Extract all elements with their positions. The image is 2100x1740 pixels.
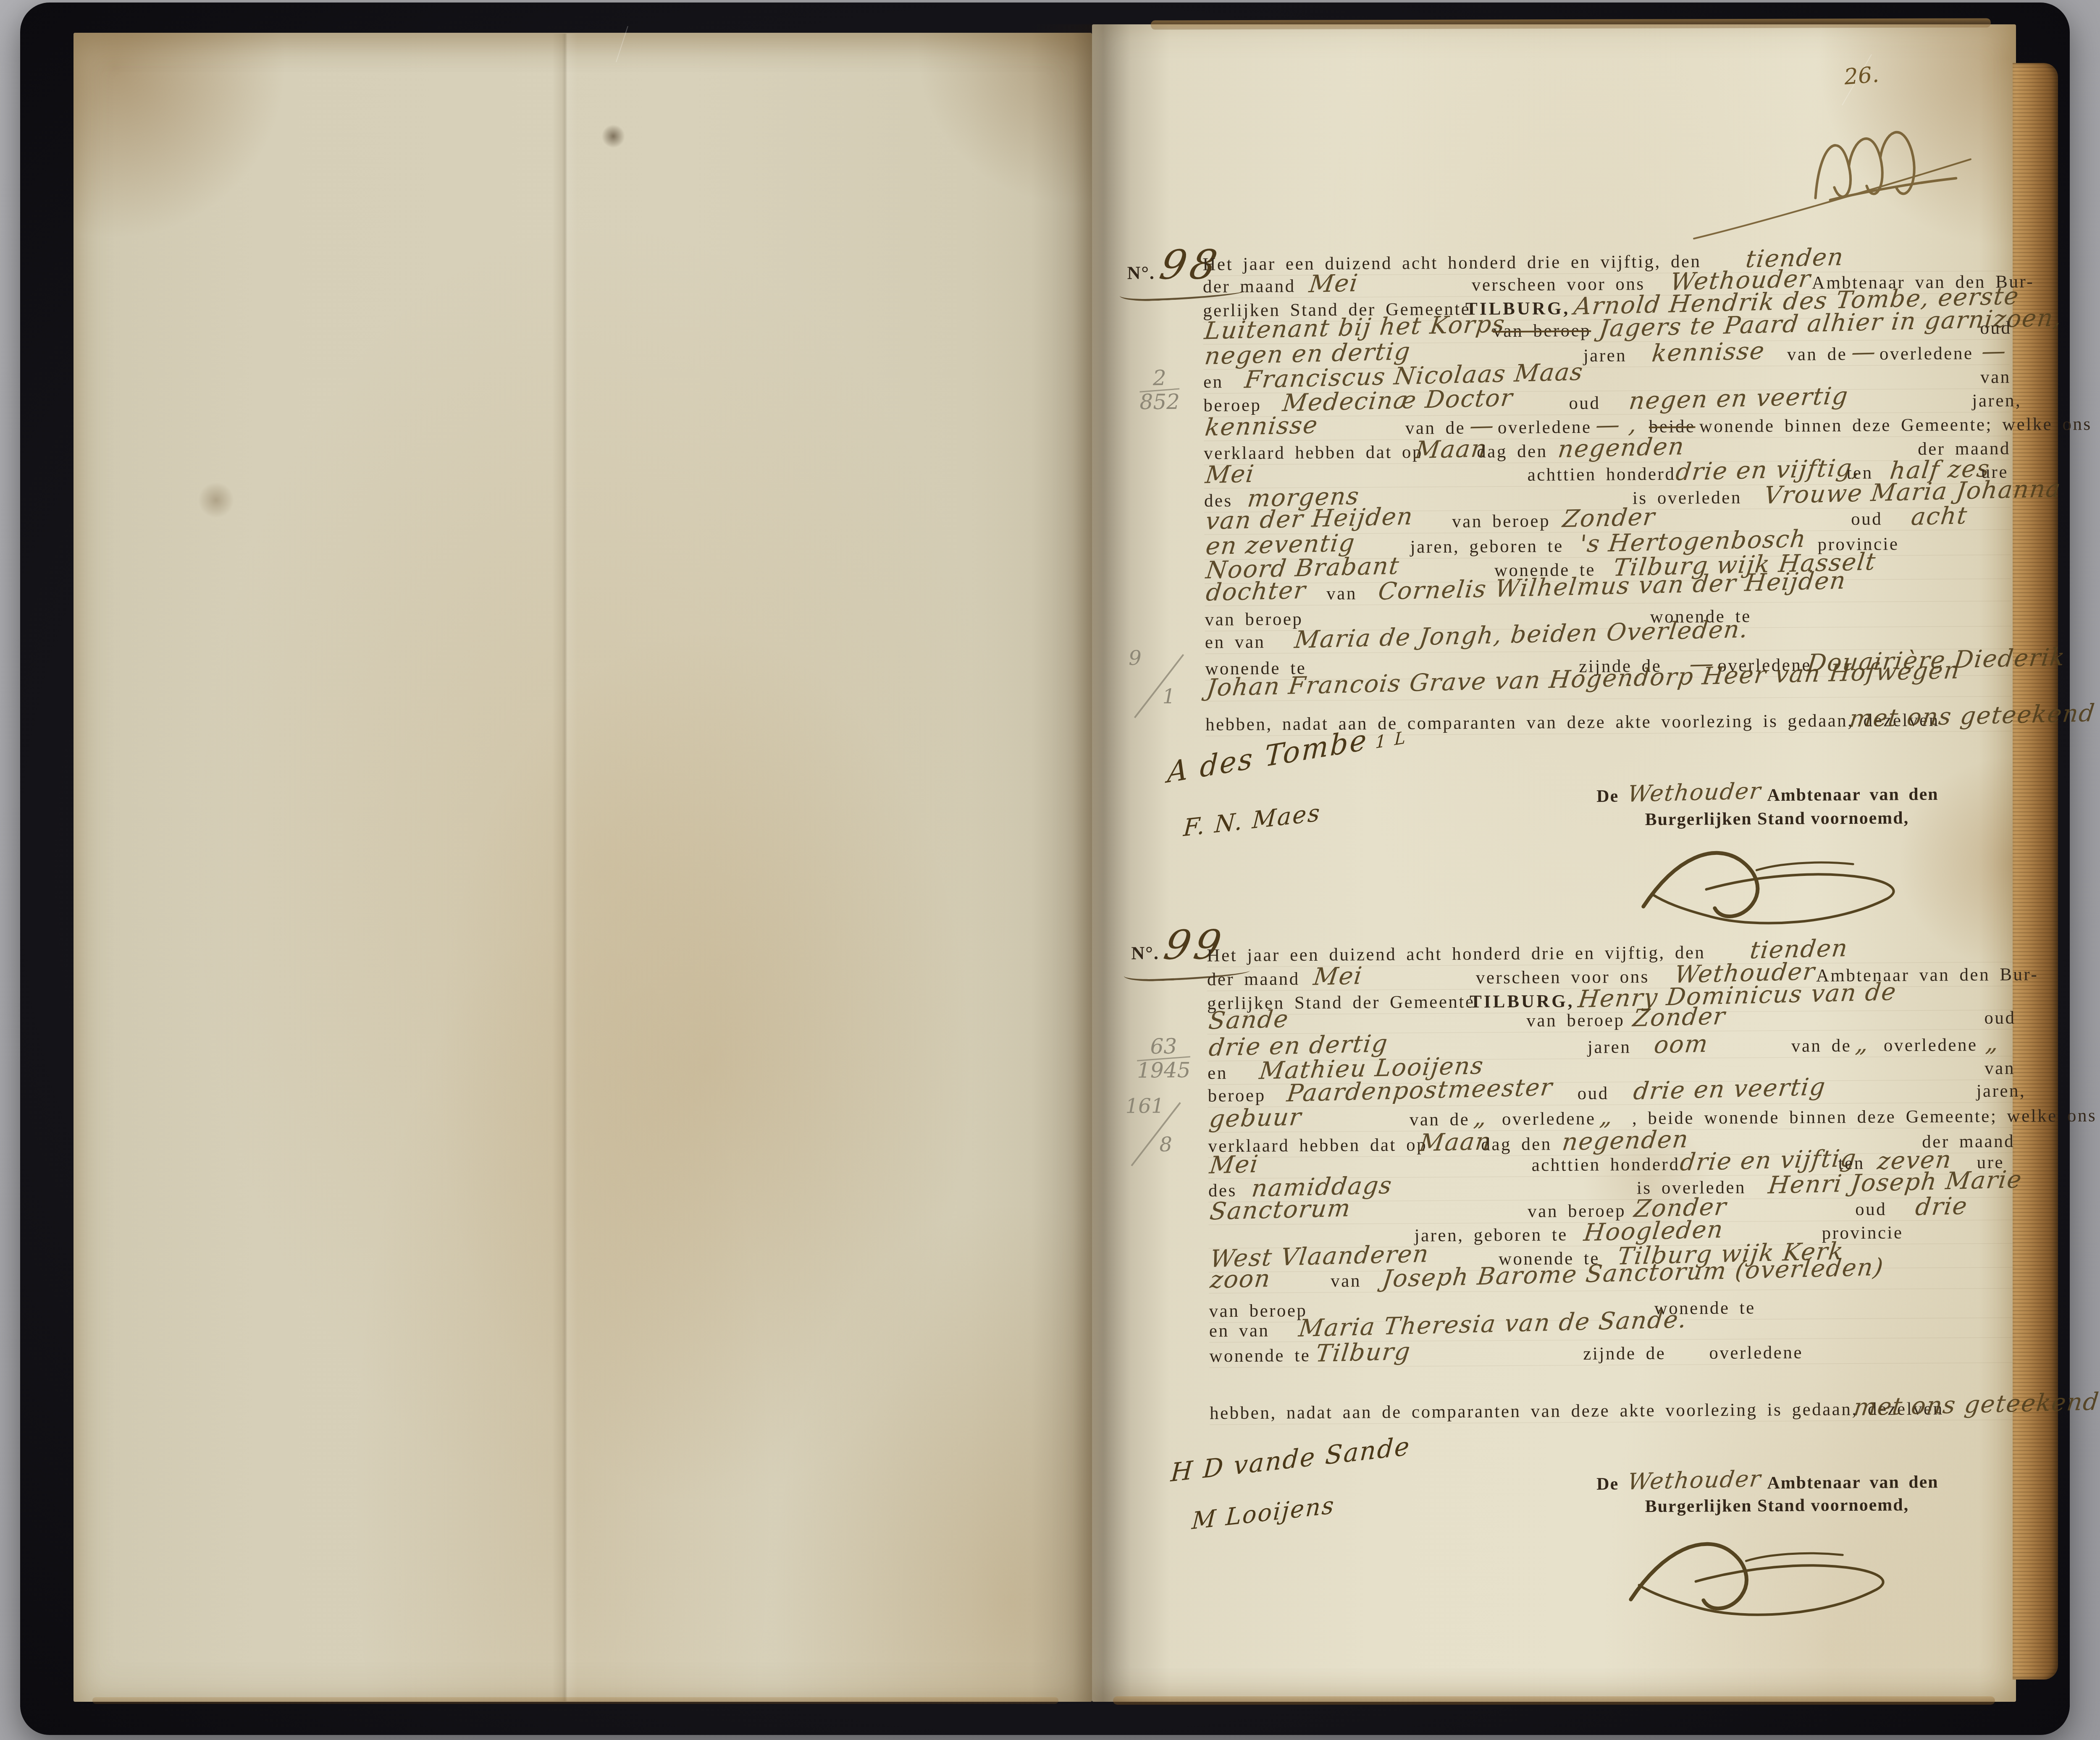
margin-pencil-fraction: 2852 bbox=[1139, 368, 1180, 412]
printed-form-text: jaren, geboren te bbox=[1414, 1224, 1568, 1246]
handwritten-entry: Sanctorum bbox=[1208, 1196, 1352, 1224]
printed-form-text: achttien honderd bbox=[1531, 1154, 1680, 1176]
left-blank-page bbox=[73, 33, 1092, 1702]
record-number-label: N°. bbox=[1127, 262, 1155, 283]
handwritten-entry: kennisse bbox=[1651, 339, 1766, 366]
signature-comparant2-r99: M Looijens bbox=[1191, 1491, 1336, 1535]
printed-form-text-struck: van beroep bbox=[1493, 320, 1591, 341]
printed-form-text: van bbox=[1980, 367, 2011, 388]
handwritten-entry: — bbox=[1980, 339, 2008, 364]
printed-form-text: overledene bbox=[1879, 343, 1974, 364]
fraction-numerator: 2 bbox=[1153, 366, 1166, 390]
fraction-denominator: 852 bbox=[1139, 389, 1180, 414]
printed-form-text: jaren, bbox=[1976, 1080, 2026, 1101]
page-fold-crease bbox=[552, 34, 577, 1701]
handwritten-entry: oom bbox=[1653, 1032, 1710, 1057]
printed-form-text: beroep bbox=[1207, 1085, 1265, 1106]
handwritten-entry: dochter bbox=[1205, 579, 1307, 605]
printed-form-text: oud bbox=[1577, 1083, 1609, 1104]
record-98-line-19: Johan Francois Grave van Hogendorp Heer … bbox=[1205, 672, 2011, 702]
printed-form-text: van beroep bbox=[1452, 511, 1550, 532]
fraction-numerator: 9 bbox=[1129, 646, 1142, 670]
printed-form-text: oud bbox=[1851, 509, 1882, 529]
handwritten-entry: van der Heijden bbox=[1204, 505, 1415, 534]
handwritten-entry: Zonder bbox=[1561, 505, 1656, 531]
signature-comparant1-r99: H D vande Sande bbox=[1170, 1431, 1411, 1488]
signature-comparant2-r98: F. N. Maes bbox=[1182, 799, 1322, 842]
record-99-line-4: Sandevan beroepZonderoud bbox=[1207, 1005, 2013, 1035]
printed-form-text: oud bbox=[1980, 318, 2011, 338]
officiant-signature-scrawl-r99 bbox=[1601, 1518, 1921, 1638]
printed-form-text: wonende binnen deze Gemeente; welke ons bbox=[1699, 414, 2092, 437]
handwritten-entry: zoon bbox=[1209, 1267, 1272, 1292]
printed-form-text: oud bbox=[1855, 1199, 1887, 1220]
margin-pencil-fraction: 91 bbox=[1126, 646, 1189, 726]
printed-form-text: overledene bbox=[1884, 1035, 1978, 1056]
handwritten-entry: gebuur bbox=[1208, 1105, 1303, 1131]
printed-form-text: hebben, nadat aan de comparanten van dez… bbox=[1210, 1399, 1944, 1424]
printed-form-text: overledene bbox=[1502, 1108, 1596, 1129]
fraction-numerator: 63 bbox=[1150, 1034, 1177, 1059]
printed-form-text: van de bbox=[1787, 344, 1848, 365]
printed-form-text: , beide wonende binnen deze Gemeente; we… bbox=[1632, 1105, 2097, 1129]
monogram-scribble bbox=[1790, 92, 1992, 244]
fraction-slash bbox=[1134, 654, 1184, 718]
caption-ambtenaar: Ambtenaar van den bbox=[1767, 1473, 1939, 1493]
register-page-content: 26. N°.98285291Het jaar een duizend acht… bbox=[1092, 21, 2026, 1703]
printed-form-text: van de bbox=[1410, 1109, 1470, 1130]
printed-form-text: en bbox=[1207, 1063, 1228, 1083]
left-page-bottom-edge bbox=[92, 1697, 1058, 1704]
signature-suffix: 1 L bbox=[1375, 728, 1408, 752]
printed-form-text: hebben, nadat aan de comparanten van dez… bbox=[1205, 710, 1940, 735]
officiant-caption-r99: De Wethouder Ambtenaar van den bbox=[1596, 1469, 1939, 1494]
printed-form-text: wonende te bbox=[1209, 1345, 1310, 1366]
handwritten-entry: met ons geteekend bbox=[1848, 701, 2096, 731]
handwritten-entry: negenden bbox=[1557, 435, 1686, 461]
printed-form-text: dag den bbox=[1481, 1134, 1552, 1155]
officiant-signature-scrawl-r98 bbox=[1618, 829, 1929, 941]
handwritten-entry: acht bbox=[1910, 504, 1969, 529]
officiant-caption2-r99: Burgerlijken Stand voornoemd, bbox=[1645, 1495, 1909, 1517]
page-number: 26. bbox=[1843, 62, 1880, 90]
handwritten-entry: „ bbox=[1984, 1031, 2000, 1055]
printed-form-text: jaren bbox=[1583, 345, 1627, 366]
printed-form-text: jaren, bbox=[1972, 390, 2021, 411]
caption-wethouder-handwritten: Wethouder bbox=[1626, 780, 1762, 806]
printed-form-text: van bbox=[1331, 1271, 1361, 1291]
printed-form-text: en van bbox=[1205, 632, 1265, 653]
handwritten-entry: Paardenpostmeester bbox=[1286, 1075, 1554, 1106]
handwritten-entry: Zonder bbox=[1632, 1004, 1727, 1030]
printed-form-text: van bbox=[1326, 583, 1357, 604]
fraction-denominator: 1 bbox=[1163, 685, 1176, 708]
fraction-denominator: 1945 bbox=[1137, 1058, 1191, 1082]
record-99-line-17: en vanMaria Theresia van de Sande. bbox=[1209, 1313, 2016, 1343]
printed-form-text: van beroep bbox=[1526, 1010, 1625, 1031]
handwritten-entry: „ bbox=[1473, 1106, 1488, 1130]
record-98-line-15: dochtervanCornelis Wilhelmus van der Hei… bbox=[1205, 577, 2011, 606]
handwritten-entry: drie bbox=[1914, 1194, 1969, 1219]
printed-form-text: en bbox=[1203, 372, 1223, 392]
officiant-caption2-r98: Burgerlijken Stand voornoemd, bbox=[1645, 808, 1909, 830]
caption-de: De bbox=[1596, 1474, 1619, 1494]
handwritten-entry: Mei bbox=[1204, 462, 1256, 487]
handwritten-entry: drie en veertig bbox=[1632, 1075, 1827, 1103]
officiant-caption-r98: De Wethouder Ambtenaar van den bbox=[1596, 781, 1939, 807]
handwritten-entry: „ bbox=[1599, 1105, 1614, 1129]
handwritten-entry: Sande bbox=[1207, 1007, 1290, 1033]
record-99-line-19: hebben, nadat aan de comparanten van dez… bbox=[1210, 1396, 2016, 1425]
handwritten-entry: — bbox=[1850, 340, 1878, 364]
margin-pencil-fraction: 1618 bbox=[1123, 1094, 1186, 1174]
printed-form-text: der maand bbox=[1203, 276, 1296, 297]
handwritten-entry: „ bbox=[1854, 1032, 1870, 1056]
handwritten-entry: negenden bbox=[1561, 1127, 1690, 1154]
printed-form-text: achttien honderd bbox=[1527, 464, 1675, 485]
printed-form-text: zijnde de bbox=[1583, 1343, 1666, 1364]
printed-form-text: jaren bbox=[1588, 1037, 1631, 1058]
handwritten-entry: negen en veertig bbox=[1628, 384, 1850, 413]
record-99-line-18: wonende teTilburgzijnde deoverledene bbox=[1209, 1339, 2016, 1368]
printed-form-text: oud bbox=[1569, 393, 1600, 414]
printed-form-text: van beroep bbox=[1205, 609, 1303, 630]
printed-form-text: en van bbox=[1209, 1321, 1270, 1342]
caption-wethouder-handwritten: Wethouder bbox=[1626, 1467, 1762, 1494]
caption-ambtenaar: Ambtenaar van den bbox=[1767, 785, 1939, 805]
record-99-line-15: zoonvanJoseph Barome Sanctorum (overlede… bbox=[1209, 1264, 2015, 1294]
record-number-label: N°. bbox=[1131, 943, 1159, 963]
photo-of-register-book: 26. N°.98285291Het jaar een duizend acht… bbox=[0, 0, 2100, 1740]
fraction-numerator: 161 bbox=[1126, 1094, 1164, 1118]
printed-form-text: dag den bbox=[1477, 441, 1548, 462]
printed-form-text: jaren, geboren te bbox=[1410, 536, 1564, 557]
printed-form-text: van bbox=[1984, 1058, 2015, 1079]
handwritten-entry: kennisse bbox=[1204, 413, 1319, 440]
printed-form-text: overledene bbox=[1709, 1342, 1803, 1363]
handwritten-entry: Mei bbox=[1312, 964, 1364, 989]
caption-de: De bbox=[1596, 786, 1619, 806]
printed-form-text: der maand bbox=[1207, 969, 1300, 990]
handwritten-entry: Tilburg bbox=[1315, 1340, 1412, 1366]
handwritten-entry: Henri Joseph Marie bbox=[1767, 1168, 2024, 1198]
printed-form-text: Het jaar een duizend acht honderd drie e… bbox=[1207, 942, 1705, 966]
margin-pencil-fraction: 631945 bbox=[1137, 1037, 1191, 1081]
fraction-denominator: 8 bbox=[1159, 1133, 1172, 1156]
printed-form-text: oud bbox=[1984, 1008, 2016, 1028]
handwritten-entry: Mei bbox=[1208, 1153, 1260, 1178]
handwritten-entry: met ons geteekend bbox=[1852, 1390, 2100, 1420]
handwritten-entry: Mei bbox=[1308, 271, 1360, 296]
printed-form-text: van de bbox=[1791, 1035, 1852, 1056]
